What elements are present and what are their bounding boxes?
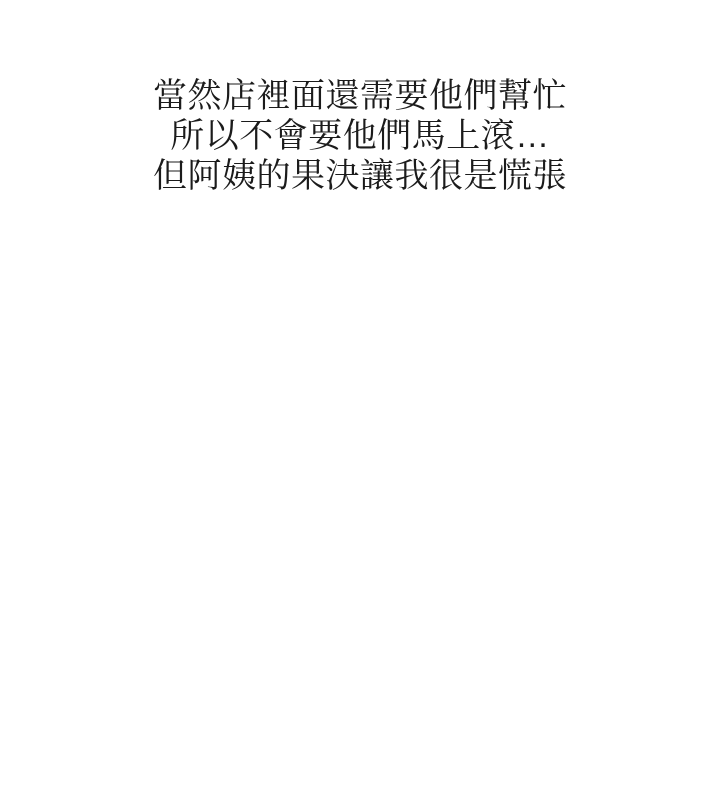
caption-line-1: 當然店裡面還需要他們幫忙 — [0, 76, 720, 116]
narration-caption: 當然店裡面還需要他們幫忙 所以不會要他們馬上滾… 但阿姨的果決讓我很是慌張 — [0, 76, 720, 196]
caption-line-2: 所以不會要他們馬上滾… — [0, 116, 720, 156]
comic-page: 當然店裡面還需要他們幫忙 所以不會要他們馬上滾… 但阿姨的果決讓我很是慌張 — [0, 0, 720, 800]
caption-line-3: 但阿姨的果決讓我很是慌張 — [0, 156, 720, 196]
